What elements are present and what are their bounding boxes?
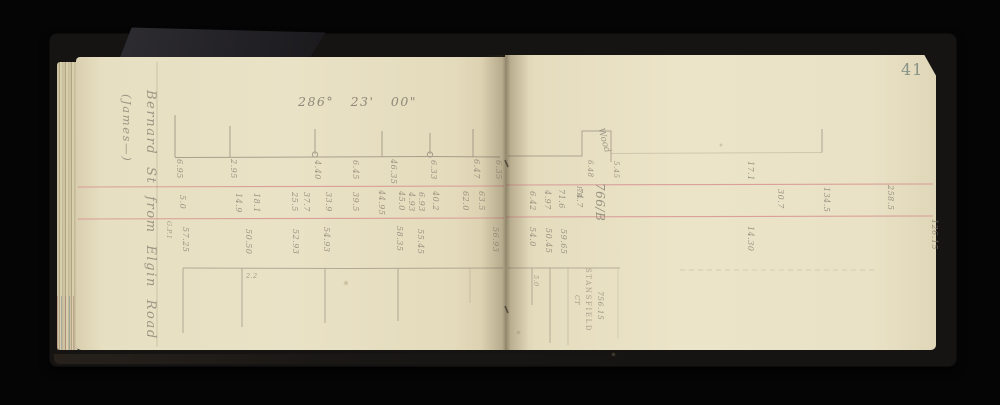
chainage: 39.5 bbox=[351, 192, 360, 212]
court-name-label: STANSFIELD bbox=[584, 268, 592, 332]
field-book-photo: 41 286° 23' 00" Bernard St from Elgin Ro… bbox=[0, 0, 1000, 405]
chainage: 25.5 bbox=[290, 192, 299, 212]
measurement: 6.33 bbox=[429, 160, 438, 180]
foxing-spot bbox=[516, 330, 521, 335]
chainage: 14.9 bbox=[234, 193, 243, 213]
chainage: 6.42 bbox=[528, 191, 537, 211]
measurement: 58.35 bbox=[395, 226, 404, 251]
chainage: 4.93 bbox=[407, 192, 416, 212]
small-dimension: 5.0 bbox=[532, 275, 540, 287]
right-page bbox=[505, 55, 936, 350]
chainage: 62.0 bbox=[461, 191, 470, 211]
page-number: 41 bbox=[901, 60, 923, 79]
bearing-annotation: 286° 23' 00" bbox=[298, 94, 417, 109]
chainage: 33.9 bbox=[324, 192, 333, 212]
chainage: 45.0 bbox=[397, 191, 406, 211]
chainage: 71.6 bbox=[557, 189, 566, 209]
measurement: 55.45 bbox=[416, 229, 425, 254]
small-dimension: 2.2 bbox=[246, 272, 258, 280]
measurement: 6.35 bbox=[494, 160, 503, 180]
measurement: 5.45 bbox=[612, 161, 620, 179]
measurement: 50.50 bbox=[244, 229, 253, 254]
foxing-spot bbox=[719, 143, 723, 147]
margin-note-owner: (James—) bbox=[120, 94, 134, 162]
chainage: 30.7 bbox=[776, 189, 785, 209]
chainage: 37.7 bbox=[302, 192, 311, 212]
measurement: 2.95 bbox=[229, 159, 238, 179]
chainage: 74.7 bbox=[575, 188, 584, 208]
chainage: 44.95 bbox=[377, 190, 386, 215]
foxing-spot bbox=[343, 280, 349, 286]
measurement: 52.93 bbox=[291, 229, 300, 254]
measurement: 57.25 bbox=[181, 227, 190, 252]
page-fore-edge-tint bbox=[57, 296, 78, 350]
measurement: 46.35 bbox=[389, 159, 398, 184]
chainage: 134.5 bbox=[822, 187, 831, 212]
measurement: 54.0 bbox=[528, 227, 537, 247]
measurement: 59.65 bbox=[559, 229, 568, 254]
court-suffix-label: CT bbox=[573, 295, 581, 305]
chainage: 5.0 bbox=[178, 195, 187, 209]
measurement: 6.47 bbox=[472, 159, 481, 179]
measurement: 6.48 bbox=[586, 160, 594, 178]
field-book-reference: 766/B bbox=[593, 183, 607, 221]
measurement: 4.40 bbox=[313, 160, 322, 180]
chainage: 40.2 bbox=[431, 191, 440, 211]
measurement: 126.15 bbox=[930, 219, 939, 250]
measurement: 56.93 bbox=[491, 227, 500, 252]
margin-note-street: Bernard St from Elgin Road bbox=[143, 90, 158, 340]
court-reference-number: 756.15 bbox=[596, 291, 605, 320]
measurement: 6.45 bbox=[351, 160, 360, 180]
measurement: 6.95 bbox=[175, 159, 184, 179]
foxing-spot bbox=[611, 352, 616, 357]
measurement: 17.1 bbox=[746, 161, 755, 181]
measurement: 14.30 bbox=[746, 226, 755, 251]
chainage: 18.1 bbox=[252, 193, 261, 213]
chainage: 63.5 bbox=[477, 191, 486, 211]
chainage: 4.97 bbox=[543, 190, 552, 210]
chainage: 6.93 bbox=[417, 192, 426, 212]
chainage: 258.5 bbox=[886, 185, 895, 210]
station-label: G.P.1 bbox=[165, 221, 173, 239]
measurement: 54.93 bbox=[322, 227, 331, 252]
measurement: 50.45 bbox=[544, 228, 553, 253]
